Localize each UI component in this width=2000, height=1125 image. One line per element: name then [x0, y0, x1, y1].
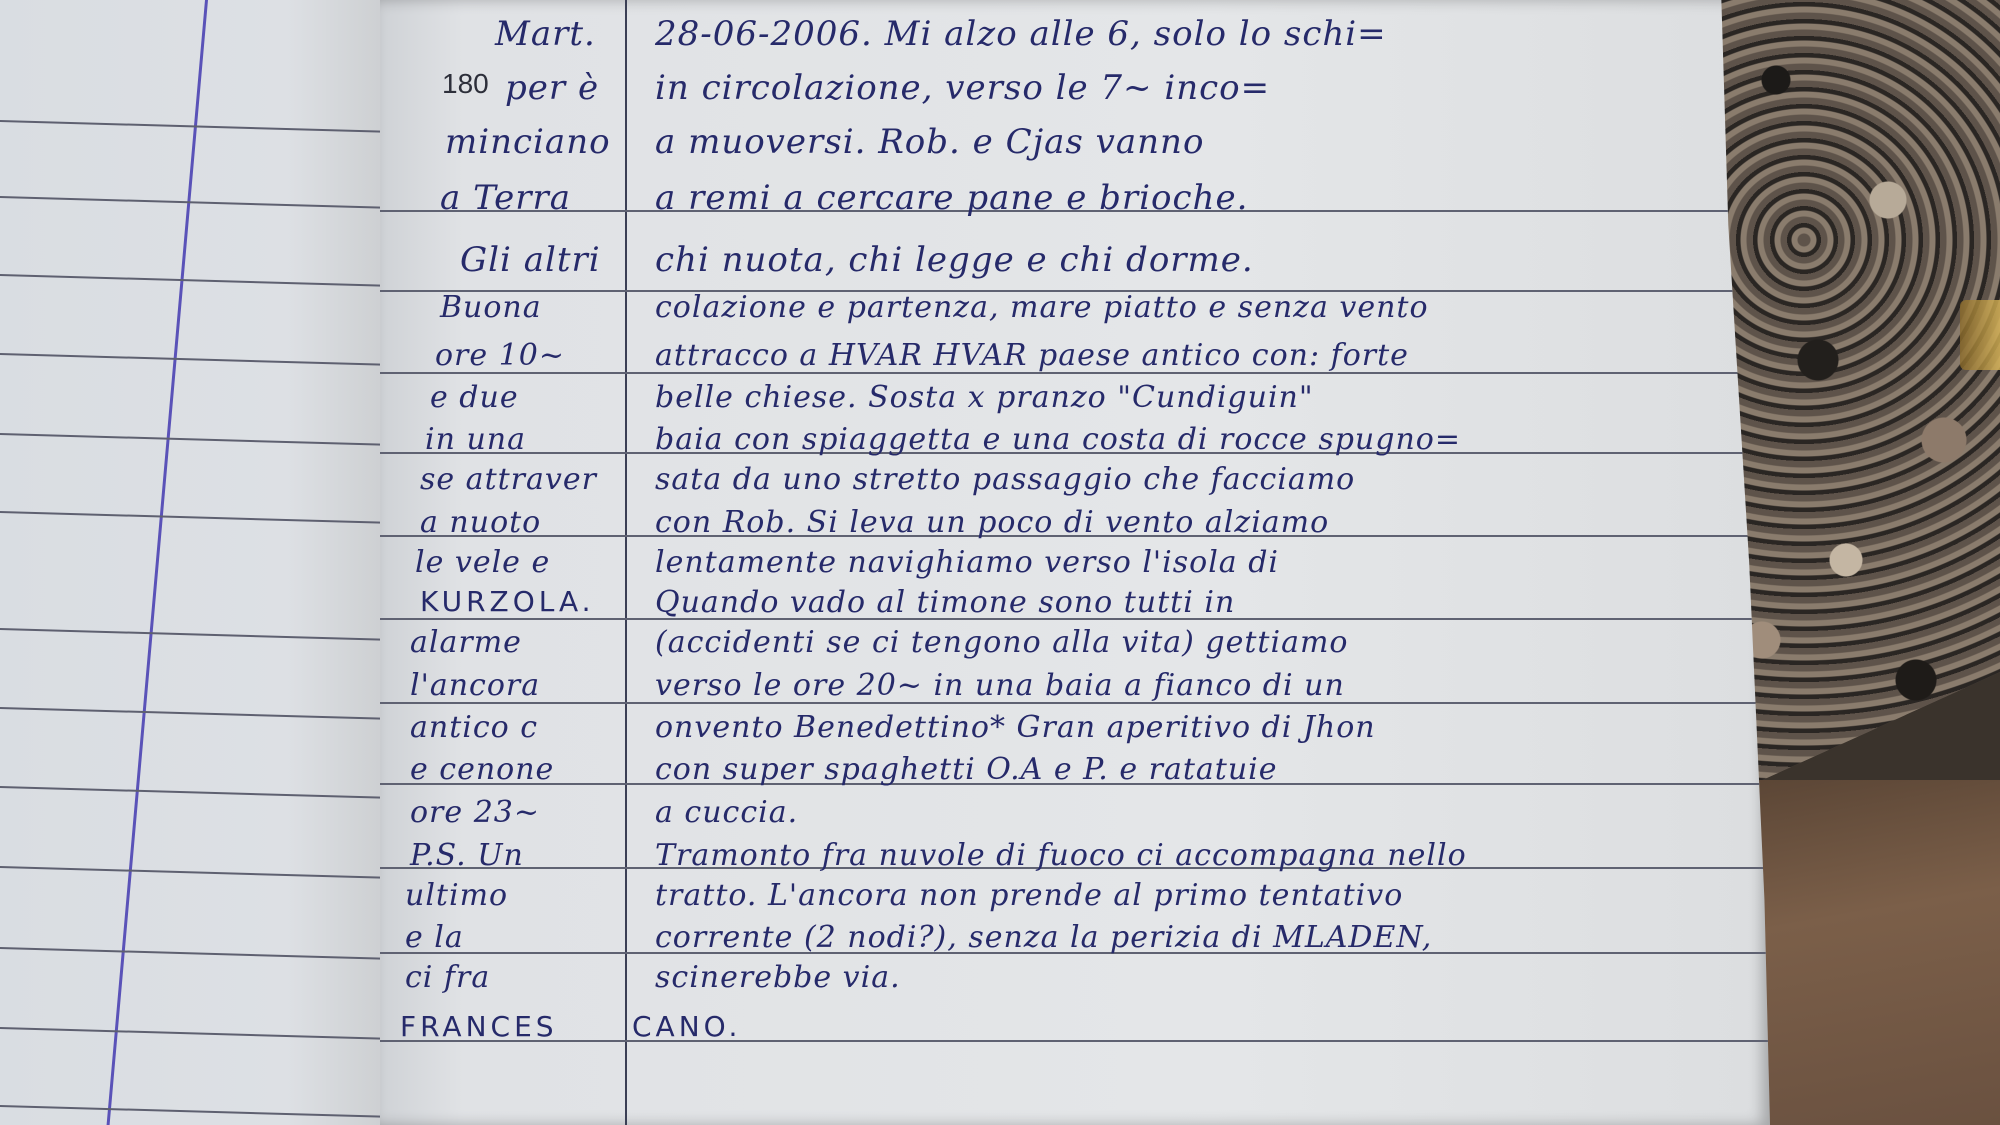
line-margin: e la	[405, 920, 464, 955]
line-margin: antico c	[410, 710, 538, 745]
line-margin: P.S. Un	[410, 838, 524, 873]
ruled-line	[380, 1040, 1770, 1042]
line-text: con super spaghetti O.A e P. e ratatuie	[655, 752, 1278, 787]
line-margin: ore 23~	[410, 795, 540, 830]
line-text: con Rob. Si leva un poco di vento alziam…	[655, 505, 1329, 540]
line-margin: e due	[430, 380, 519, 415]
line-margin: per è	[505, 68, 599, 108]
signature-margin: FRANCES	[400, 1010, 558, 1043]
line-text: 28-06-2006. Mi alzo alle 6, solo lo schi…	[655, 14, 1387, 54]
line-text: tratto. L'ancora non prende al primo ten…	[655, 878, 1403, 913]
line-text: belle chiese. Sosta x pranzo "Cundiguin"	[655, 380, 1314, 415]
line-text: baia con spiaggetta e una costa di rocce…	[655, 422, 1461, 457]
ruled-line	[0, 1105, 410, 1118]
line-text: onvento Benedettino* Gran aperitivo di J…	[655, 710, 1376, 745]
ruled-line	[0, 353, 410, 366]
signature-text: CANO.	[632, 1010, 741, 1043]
line-text: lentamente navighiamo verso l'isola di	[655, 545, 1279, 580]
ruled-line	[0, 786, 410, 799]
line-text: corrente (2 nodi?), senza la perizia di …	[655, 920, 1432, 955]
line-text: (accidenti se ci tengono alla vita) gett…	[655, 625, 1348, 660]
margin-line	[625, 0, 627, 1125]
line-margin: a Terra	[440, 178, 571, 218]
line-text: in circolazione, verso le 7~ inco=	[655, 68, 1270, 108]
line-margin: ultimo	[405, 878, 508, 913]
line-margin: ore 10~	[435, 338, 565, 373]
line-margin: ci fra	[405, 960, 490, 995]
ruled-line	[0, 628, 410, 641]
line-text: chi nuota, chi legge e chi dorme.	[655, 240, 1254, 280]
line-margin: le vele e	[415, 545, 550, 580]
ruled-line	[0, 274, 410, 287]
line-margin: minciano	[445, 122, 611, 162]
line-margin: KURZOLA.	[420, 585, 595, 618]
line-text: a cuccia.	[655, 795, 798, 830]
line-text: Tramonto fra nuvole di fuoco ci accompag…	[655, 838, 1467, 873]
ruled-line	[0, 120, 410, 133]
line-text: attracco a HVAR HVAR paese antico con: f…	[655, 338, 1409, 373]
line-text: scinerebbe via.	[655, 960, 901, 995]
page-number: 180	[442, 68, 489, 100]
ruled-line	[0, 196, 410, 209]
line-text: sata da uno stretto passaggio che faccia…	[655, 462, 1355, 497]
line-margin: Gli altri	[460, 240, 601, 280]
line-text: a muoversi. Rob. e Cjas vanno	[655, 122, 1204, 162]
line-text: a remi a cercare pane e brioche.	[655, 178, 1248, 218]
left-notebook-page	[0, 0, 410, 1125]
ruled-line	[0, 866, 410, 879]
line-margin: se attraver	[420, 462, 597, 497]
ruled-line	[0, 947, 410, 960]
ruled-line	[0, 1027, 410, 1040]
ruled-line	[0, 707, 410, 720]
ruled-line	[0, 433, 410, 446]
line-margin: l'ancora	[410, 668, 540, 703]
line-margin: Mart.	[495, 14, 596, 54]
granite-countertop	[1720, 0, 2000, 800]
ruled-line	[0, 511, 410, 524]
line-margin: alarme	[410, 625, 522, 660]
gold-object	[1960, 300, 2000, 370]
line-margin: in una	[425, 422, 526, 457]
line-text: colazione e partenza, mare piatto e senz…	[655, 290, 1429, 325]
line-margin: a nuoto	[420, 505, 541, 540]
line-margin: e cenone	[410, 752, 554, 787]
margin-line	[107, 0, 208, 1125]
line-margin: Buona	[440, 290, 542, 325]
line-text: Quando vado al timone sono tutti in	[655, 585, 1235, 620]
line-text: verso le ore 20~ in una baia a fianco di…	[655, 668, 1345, 703]
